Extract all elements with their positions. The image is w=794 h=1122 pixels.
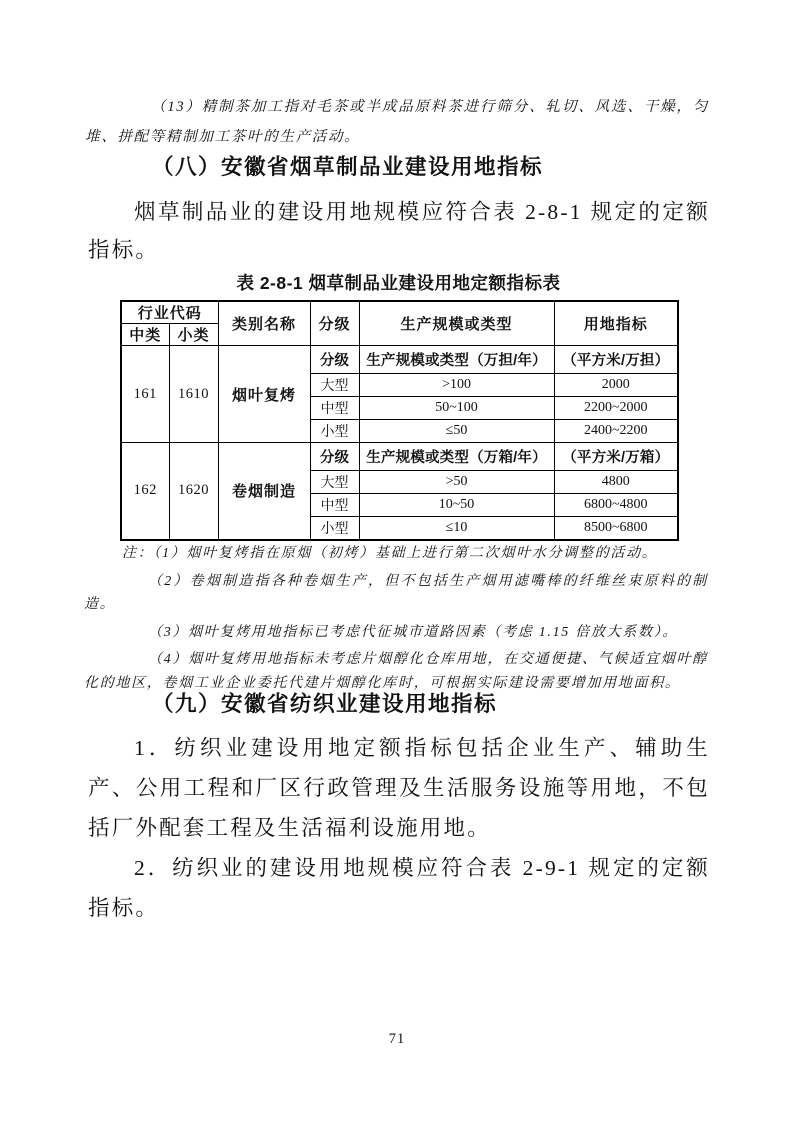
section-8-heading: （八）安徽省烟草制品业建设用地指标 xyxy=(90,152,730,182)
section-9-heading: （九）安徽省纺织业建设用地指标 xyxy=(90,689,730,719)
cell-indicator: 4800 xyxy=(554,471,678,494)
table-note-2: （2）卷烟制造指各种卷烟生产，但不包括生产烟用滤嘴棒的纤维丝束原料的制造。 xyxy=(84,570,708,617)
table-note-4: （4）烟叶复烤用地指标未考虑片烟醇化仓库用地，在交通便捷、气候适宜烟叶醇化的地区… xyxy=(84,648,708,695)
table-note-1: 注：（1）烟叶复烤指在原烟（初烤）基础上进行第二次烟叶水分调整的活动。 xyxy=(84,542,708,566)
section-9-paragraph-2: 2．纺织业的建设用地规模应符合表 2-9-1 规定的定额指标。 xyxy=(88,848,710,928)
cell-small-class: 1610 xyxy=(169,346,218,443)
header-scale-type: 生产规模或类型 xyxy=(359,301,554,346)
cell-grade: 大型 xyxy=(310,471,359,494)
cell-indicator: 6800~4800 xyxy=(554,494,678,517)
header-industry-code: 行业代码 xyxy=(121,301,218,324)
cell-grade: 小型 xyxy=(310,420,359,443)
table-2-8-1: 行业代码 类别名称 分级 生产规模或类型 用地指标 中类 小类 161 1610… xyxy=(120,300,679,541)
table-2-8-1-title: 表 2-8-1 烟草制品业建设用地定额指标表 xyxy=(120,270,677,295)
cell-grade: 大型 xyxy=(310,374,359,397)
header-category-name: 类别名称 xyxy=(218,301,310,346)
section-9-paragraph-1: 1．纺织业建设用地定额指标包括企业生产、辅助生产、公用工程和厂区行政管理及生活服… xyxy=(88,728,710,848)
cell-subheader-grade: 分级 xyxy=(310,443,359,471)
cell-scale: ≤10 xyxy=(359,517,554,540)
cell-small-class: 1620 xyxy=(169,443,218,540)
cell-grade: 中型 xyxy=(310,397,359,420)
cell-subheader-grade: 分级 xyxy=(310,346,359,374)
header-grade: 分级 xyxy=(310,301,359,346)
cell-subheader-indicator: （平方米/万箱） xyxy=(554,443,678,471)
cell-scale: 10~50 xyxy=(359,494,554,517)
cell-scale: >100 xyxy=(359,374,554,397)
cell-subheader-indicator: （平方米/万担） xyxy=(554,346,678,374)
table-row: 161 1610 烟叶复烤 分级 生产规模或类型（万担/年） （平方米/万担） xyxy=(121,346,678,374)
note-13-paragraph: （13）精制茶加工指对毛茶或半成品原料茶进行筛分、轧切、风选、干燥，匀堆、拼配等… xyxy=(85,92,709,152)
table-note-3: （3）烟叶复烤用地指标已考虑代征城市道路因素（考虑 1.15 倍放大系数）。 xyxy=(84,621,708,645)
cell-indicator: 8500~6800 xyxy=(554,517,678,540)
header-mid-class: 中类 xyxy=(121,324,169,346)
cell-subheader-scale: 生产规模或类型（万箱/年） xyxy=(359,443,554,471)
table-header-row-1: 行业代码 类别名称 分级 生产规模或类型 用地指标 xyxy=(121,301,678,324)
cell-category-name: 烟叶复烤 xyxy=(218,346,310,443)
cell-indicator: 2400~2200 xyxy=(554,420,678,443)
cell-scale: ≤50 xyxy=(359,420,554,443)
table-notes: 注：（1）烟叶复烤指在原烟（初烤）基础上进行第二次烟叶水分调整的活动。 （2）卷… xyxy=(84,542,708,699)
header-small-class: 小类 xyxy=(169,324,218,346)
cell-mid-class: 162 xyxy=(121,443,169,540)
section-8-paragraph: 烟草制品业的建设用地规模应符合表 2-8-1 规定的定额指标。 xyxy=(88,193,710,269)
table-row: 162 1620 卷烟制造 分级 生产规模或类型（万箱/年） （平方米/万箱） xyxy=(121,443,678,471)
cell-scale: >50 xyxy=(359,471,554,494)
page-number: 71 xyxy=(0,1031,794,1048)
cell-mid-class: 161 xyxy=(121,346,169,443)
cell-indicator: 2000 xyxy=(554,374,678,397)
cell-indicator: 2200~2000 xyxy=(554,397,678,420)
document-page: （13）精制茶加工指对毛茶或半成品原料茶进行筛分、轧切、风选、干燥，匀堆、拼配等… xyxy=(0,0,794,1122)
header-land-indicator: 用地指标 xyxy=(554,301,678,346)
cell-subheader-scale: 生产规模或类型（万担/年） xyxy=(359,346,554,374)
cell-grade: 小型 xyxy=(310,517,359,540)
cell-grade: 中型 xyxy=(310,494,359,517)
cell-scale: 50~100 xyxy=(359,397,554,420)
cell-category-name: 卷烟制造 xyxy=(218,443,310,540)
